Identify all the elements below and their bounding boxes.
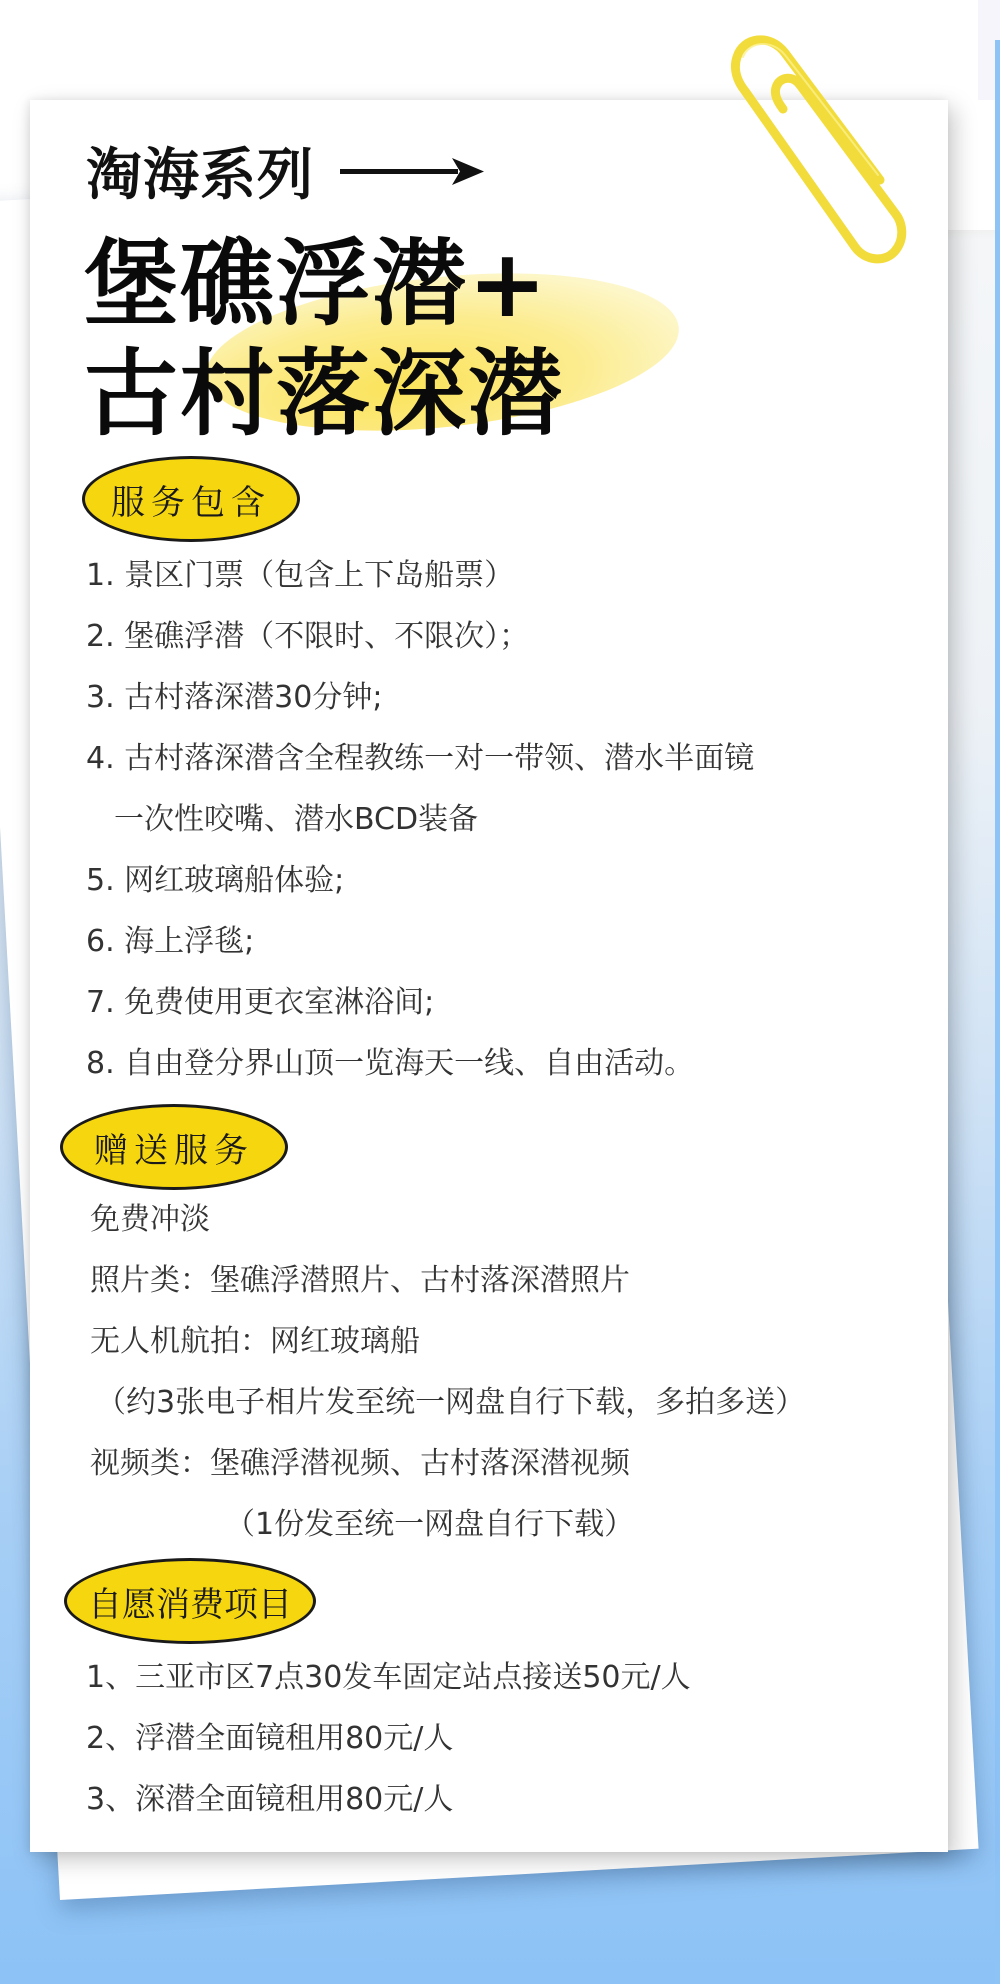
section-pill-gifts: 赠送服务 [60,1104,288,1190]
list-item: 1、三亚市区7点30发车固定站点接送50元/人 [86,1658,691,1698]
list-item: 2、浮潜全面镜租用80元/人 [86,1719,453,1759]
paperclip-icon [715,25,925,270]
list-item: 照片类：堡礁浮潜照片、古村落深潜照片 [90,1261,630,1301]
list-item: 2. 堡礁浮潜（不限时、不限次）； [86,617,529,657]
list-item: 6. 海上浮毯; [86,922,254,962]
list-item: 4. 古村落深潜含全程教练一对一带领、潜水半面镜 [86,739,754,779]
section-pill-included: 服务包含 [82,456,300,542]
right-edge-decoration [995,40,1000,1984]
series-title: 淘海系列 [86,135,484,207]
list-item: 免费冲淡 [90,1200,210,1240]
list-item: 7. 免费使用更衣室淋浴间; [86,983,434,1023]
list-item: 视频类：堡礁浮潜视频、古村落深潜视频 [90,1444,630,1484]
section-title-optional: 自愿消费项目 [88,1577,292,1626]
list-item-continuation: 一次性咬嘴、潜水BCD装备 [114,800,478,840]
section-pill-optional: 自愿消费项目 [64,1558,316,1644]
list-item: 1. 景区门票（包含上下岛船票） [86,556,514,596]
series-label: 淘海系列 [86,131,314,211]
list-item-note: （约3张电子相片发至统一网盘自行下载，多拍多送） [96,1383,805,1423]
list-item: 3. 古村落深潜30分钟; [86,678,382,718]
section-title-gifts: 赠送服务 [94,1123,254,1172]
list-item-note: （1份发至统一网盘自行下载） [225,1505,634,1545]
list-item: 5. 网红玻璃船体验; [86,861,344,901]
long-right-arrow-icon [340,156,484,186]
headline-line-2: 古村落深潜 [84,340,564,450]
list-item: 3、深潜全面镜租用80元/人 [86,1780,453,1820]
headline-line-1: 堡礁浮潜+ [84,230,549,340]
list-item: 8. 自由登分界山顶一览海天一线、自由活动。 [86,1044,694,1084]
section-title-included: 服务包含 [111,475,271,524]
list-item: 无人机航拍：网红玻璃船 [90,1322,420,1362]
